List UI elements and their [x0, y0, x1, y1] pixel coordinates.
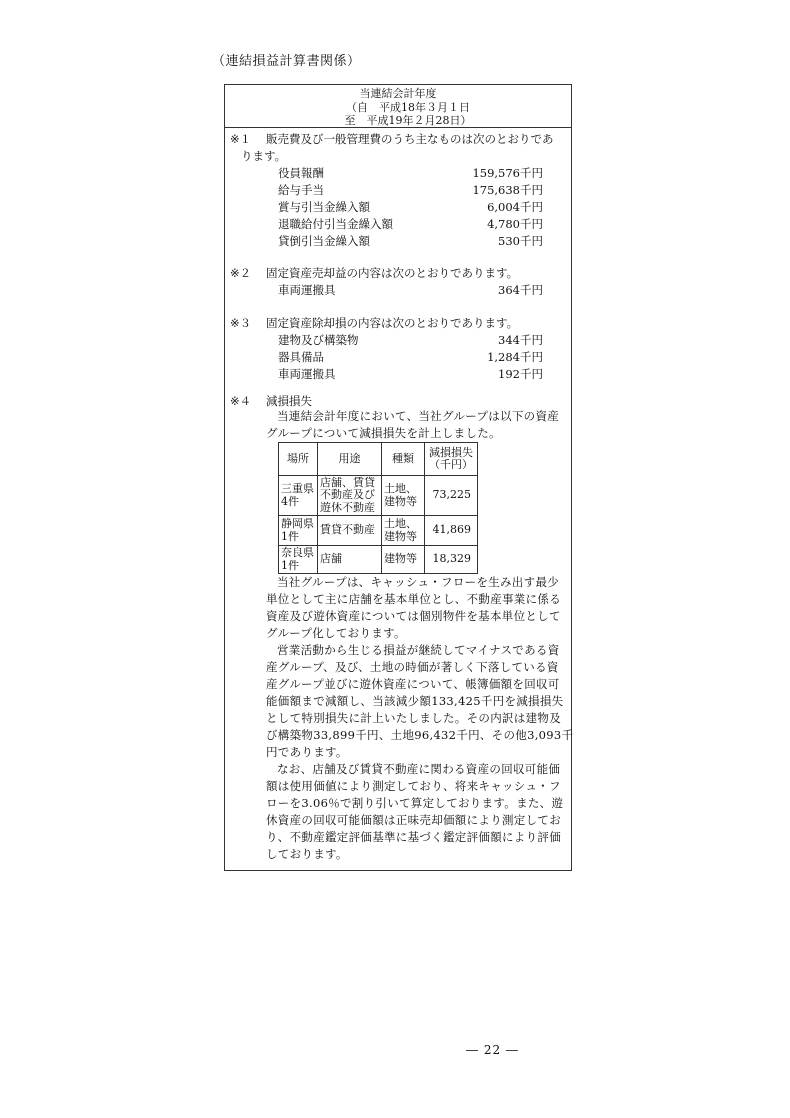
impairment-intro: 当連結会計年度において、当社グループは以下の資産 グループについて減損損失を計上…	[266, 408, 566, 442]
note-title: 固定資産売却益の内容は次のとおりであります。	[266, 266, 518, 280]
cell-place: 奈良県1件	[279, 546, 318, 574]
impairment-paragraph-3: なお、店舗及び賃貸不動産に関わる資産の回収可能価 額は使用価値により測定しており…	[266, 761, 566, 863]
note-title-cont: ります。	[241, 148, 286, 164]
section-heading: （連結損益計算書関係）	[212, 50, 361, 69]
note-title: 減損損失	[266, 394, 312, 408]
cell-place: 三重県4件	[279, 476, 318, 516]
note-mark: ※１	[230, 131, 266, 147]
note-mark: ※３	[230, 315, 266, 331]
impairment-paragraph-2: 営業活動から生じる損益が継続してマイナスである資 産グループ、及び、土地の時価が…	[266, 642, 566, 761]
table-header-row: 場所 用途 種類 減損損失 （千円）	[279, 443, 478, 476]
col-place: 場所	[279, 443, 318, 476]
cell-amount: 18,329	[425, 546, 478, 574]
notes-box: 当連結会計年度 （自 平成18年３月１日 至 平成19年２月28日） ※１販売費…	[224, 84, 572, 871]
impairment-table: 場所 用途 種類 減損損失 （千円） 三重県4件 店舗、賃貸不動産及び遊休不動産…	[278, 442, 478, 574]
cell-amount: 73,225	[425, 476, 478, 516]
note-mark: ※２	[230, 265, 266, 281]
col-use: 用途	[318, 443, 382, 476]
table-row: 奈良県1件 店舗 建物等 18,329	[279, 546, 478, 574]
cell-type: 土地、建物等	[382, 516, 425, 546]
period-to: 至 平成19年２月28日）	[235, 114, 581, 128]
period-title: 当連結会計年度	[360, 87, 437, 100]
cell-amount: 41,869	[425, 516, 478, 546]
period-from: （自 平成18年３月１日	[235, 101, 581, 115]
cell-use: 賃貸不動産	[318, 516, 382, 546]
table-row: 静岡県1件 賃貸不動産 土地、建物等 41,869	[279, 516, 478, 546]
cell-place: 静岡県1件	[279, 516, 318, 546]
table-row: 三重県4件 店舗、賃貸不動産及び遊休不動産 土地、建物等 73,225	[279, 476, 478, 516]
note-title: 販売費及び一般管理費のうち主なものは次のとおりであ	[266, 132, 554, 146]
period-header: 当連結会計年度 （自 平成18年３月１日 至 平成19年２月28日）	[225, 85, 571, 128]
col-amount: 減損損失 （千円）	[425, 443, 478, 476]
cell-use: 店舗	[318, 546, 382, 574]
impairment-paragraph-1: 当社グループは、キャッシュ・フローを生み出す最少 単位として主に店舗を基本単位と…	[266, 574, 566, 642]
page-number: ― 22 ―	[466, 1043, 519, 1057]
cell-use: 店舗、賃貸不動産及び遊休不動産	[318, 476, 382, 516]
cell-type: 建物等	[382, 546, 425, 574]
note-title: 固定資産除却損の内容は次のとおりであります。	[266, 316, 518, 330]
col-type: 種類	[382, 443, 425, 476]
cell-type: 土地、建物等	[382, 476, 425, 516]
note-mark: ※４	[230, 393, 266, 409]
